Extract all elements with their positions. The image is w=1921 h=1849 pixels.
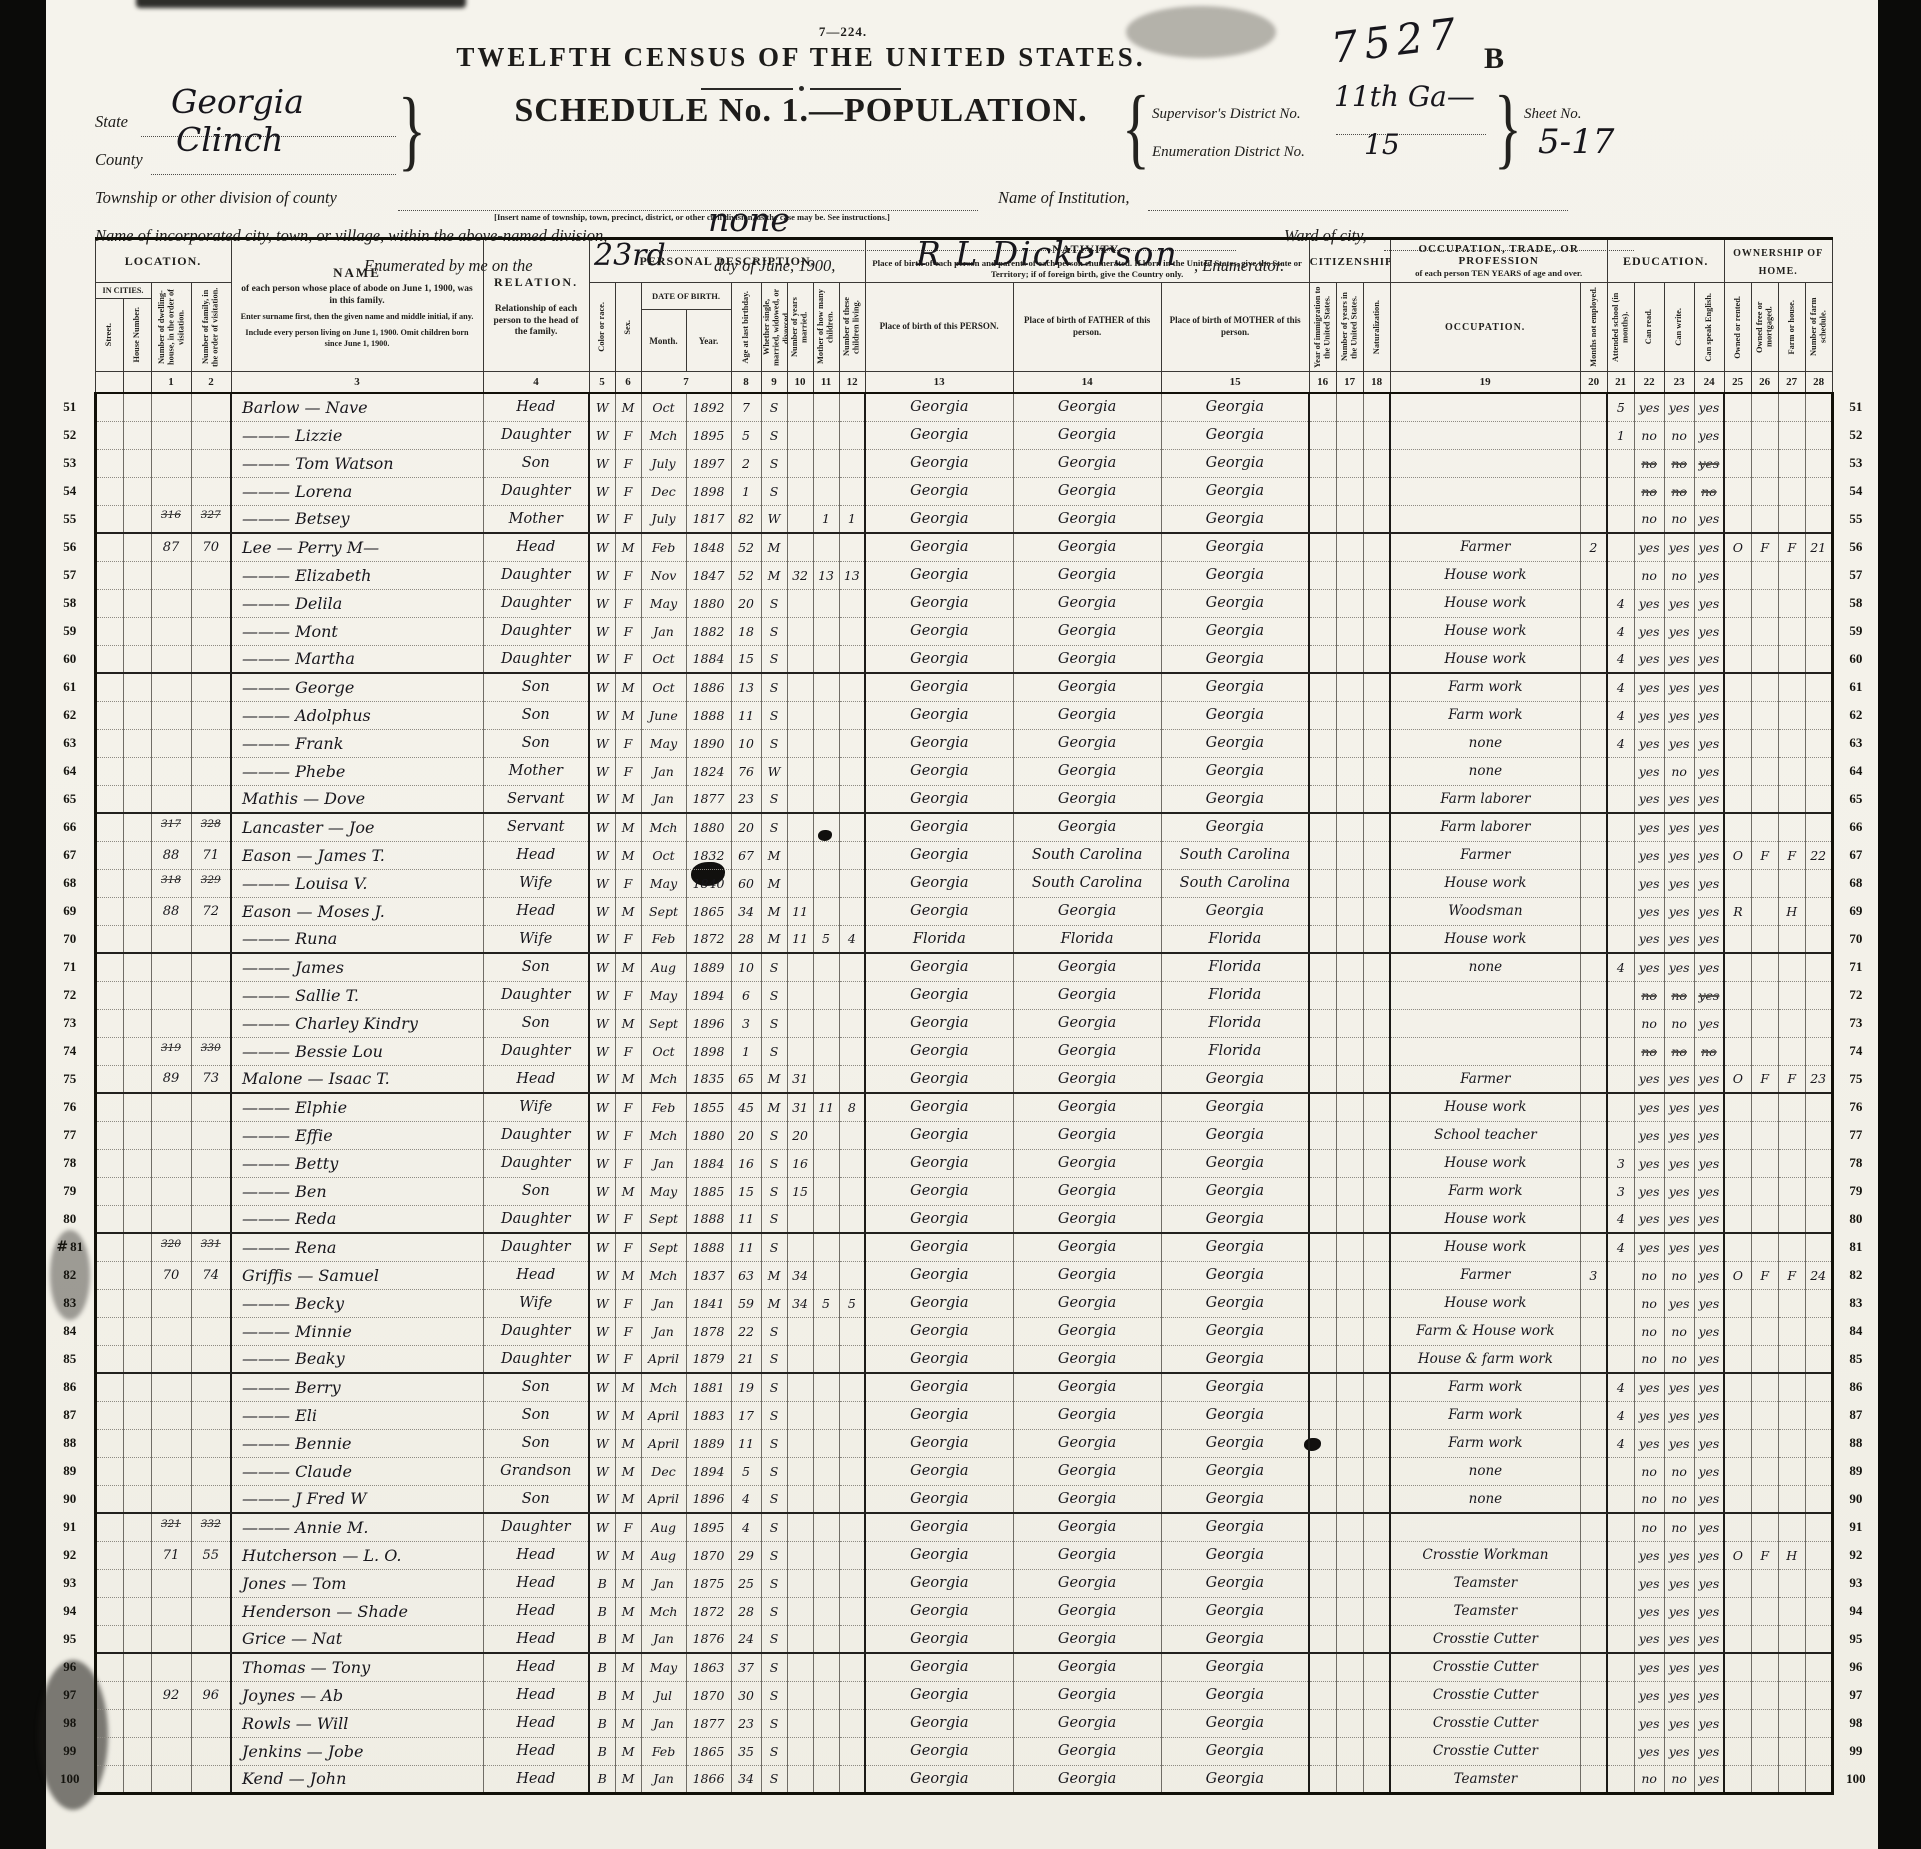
cell-mother-birthplace: Florida [1161,953,1309,981]
cell-relation: Wife [483,869,589,897]
line-number: 51 [1832,393,1878,421]
cell-age: 5 [731,421,761,449]
cell-family-number [191,1737,231,1765]
cell-house-number [123,1401,151,1429]
cell-sex: F [615,421,641,449]
cell-owned-free-mortgaged [1751,1681,1778,1709]
group-name: NAME of each person whose place of abode… [231,239,483,372]
column-number: 9 [761,372,787,394]
cell-mother-of-children [813,1401,839,1429]
cell-birth-month: Sept [641,1233,686,1261]
cell-years-in-us [1336,1597,1363,1625]
cell-marital-status: M [761,1289,787,1317]
column-number [123,372,151,394]
cell-immigration-year [1309,449,1336,477]
table-row: 98Rowls — WillHeadBMJan187723SGeorgiaGeo… [46,1709,1878,1737]
cell-street [95,589,123,617]
cell-immigration-year [1309,589,1336,617]
cell-name: Hutcherson — L. O. [231,1541,483,1569]
cell-birthplace: Georgia [865,1513,1013,1541]
cell-street [95,1289,123,1317]
cell-occupation [1390,449,1580,477]
cell-children-living [839,701,865,729]
cell-name: ——— Reda [231,1205,483,1233]
cell-occupation: Teamster [1390,1569,1580,1597]
cell-farm-schedule [1805,869,1832,897]
col-occupation: OCCUPATION. [1391,322,1580,333]
cell-owned-free-mortgaged [1751,925,1778,953]
cell-relation: Daughter [483,1513,589,1541]
cell-children-living [839,1261,865,1289]
cell-can-write: yes [1664,701,1694,729]
cell-can-speak-english: no [1694,1037,1724,1065]
cell-owned-rented [1724,1289,1751,1317]
cell-mother-birthplace: Georgia [1161,421,1309,449]
cell-can-read: no [1634,1345,1664,1373]
cell-children-living [839,1597,865,1625]
line-number: 52 [1832,421,1878,449]
cell-can-read: yes [1634,1149,1664,1177]
cell-farm-house [1778,1569,1805,1597]
cell-color: W [589,953,615,981]
cell-marital-status: S [761,645,787,673]
cell-birth-month: Feb [641,1093,686,1121]
cell-can-write: no [1664,1513,1694,1541]
cell-marital-status: S [761,729,787,757]
cell-years-married [787,785,813,813]
cell-owned-rented [1724,1037,1751,1065]
cell-father-birthplace: Georgia [1013,981,1161,1009]
cell-immigration-year [1309,897,1336,925]
cell-birth-year: 1888 [686,701,731,729]
cell-marital-status: S [761,617,787,645]
cell-owned-free-mortgaged [1751,729,1778,757]
cell-birthplace: Georgia [865,981,1013,1009]
cell-marital-status: S [761,421,787,449]
cell-name: ——— Lizzie [231,421,483,449]
cell-owned-rented [1724,1765,1751,1793]
cell-name: ——— Sallie T. [231,981,483,1009]
cell-age: 59 [731,1289,761,1317]
table-row: 76——— ElphieWifeWFFeb185545M31118Georgia… [46,1093,1878,1121]
cell-owned-rented [1724,1177,1751,1205]
cell-farm-house [1778,1093,1805,1121]
cell-occupation: Farm work [1390,673,1580,701]
cell-children-living [839,393,865,421]
cell-owned-free-mortgaged [1751,1569,1778,1597]
cell-relation: Head [483,533,589,561]
table-row: 758973Malone — Isaac T.HeadWMMch183565M3… [46,1065,1878,1093]
column-number: 28 [1805,372,1832,394]
cell-marital-status: S [761,1121,787,1149]
cell-mother-birthplace: Georgia [1161,393,1309,421]
cell-can-speak-english: yes [1694,1233,1724,1261]
cell-attended-school: 4 [1607,645,1634,673]
cell-age: 29 [731,1541,761,1569]
cell-owned-rented [1724,1121,1751,1149]
cell-name: ——— Beaky [231,1345,483,1373]
cell-occupation [1390,1037,1580,1065]
cell-name: ——— Runa [231,925,483,953]
cell-dwelling-number [151,449,191,477]
cell-years-in-us [1336,645,1363,673]
cell-farm-schedule: 23 [1805,1065,1832,1093]
cell-can-speak-english: yes [1694,1205,1724,1233]
cell-occupation: none [1390,1485,1580,1513]
cell-attended-school: 3 [1607,1177,1634,1205]
line-number: 75 [1832,1065,1878,1093]
cell-children-living [839,1205,865,1233]
cell-sex: M [615,1373,641,1401]
table-row: 979296Joynes — AbHeadBMJul187030SGeorgia… [46,1681,1878,1709]
cell-birthplace: Georgia [865,1121,1013,1149]
cell-can-read: yes [1634,785,1664,813]
cell-birth-month: Mch [641,1121,686,1149]
cell-name: ——— J Fred W [231,1485,483,1513]
cell-birth-year: 1817 [686,505,731,533]
cell-dwelling-number [151,1205,191,1233]
paper-sheet: 7—224. 7527 B TWELFTH CENSUS OF THE UNIT… [46,0,1878,1849]
cell-owned-rented [1724,477,1751,505]
line-number: 97 [46,1681,95,1709]
cell-color: B [589,1681,615,1709]
cell-farm-house [1778,505,1805,533]
cell-farm-house [1778,925,1805,953]
cell-years-in-us [1336,533,1363,561]
line-number: 96 [46,1653,95,1681]
cell-dwelling-number [151,421,191,449]
cell-name: Jones — Tom [231,1569,483,1597]
cell-years-married [787,729,813,757]
cell-attended-school: 4 [1607,673,1634,701]
col-mother-of-children: Mother of how many children. [816,286,835,368]
cell-years-married [787,617,813,645]
cell-name: Joynes — Ab [231,1681,483,1709]
cell-birthplace: Georgia [865,1765,1013,1793]
cell-birth-year: 1835 [686,1065,731,1093]
cell-birthplace: Georgia [865,1149,1013,1177]
cell-children-living [839,1121,865,1149]
cell-farm-schedule [1805,673,1832,701]
cell-can-speak-english: yes [1694,701,1724,729]
cell-owned-free-mortgaged [1751,617,1778,645]
cell-can-write: yes [1664,1541,1694,1569]
cell-naturalization [1363,1093,1390,1121]
page-letter: B [1484,42,1504,76]
cell-color: W [589,1457,615,1485]
cell-street [95,1569,123,1597]
cell-occupation: Crosstie Cutter [1390,1709,1580,1737]
cell-house-number [123,1373,151,1401]
cell-house-number [123,1597,151,1625]
cell-mother-birthplace: Georgia [1161,1261,1309,1289]
cell-birth-year: 1832 [686,841,731,869]
cell-street [95,813,123,841]
cell-dwelling-number [151,1709,191,1737]
cell-can-read: yes [1634,1121,1664,1149]
cell-attended-school [1607,1261,1634,1289]
cell-marital-status: M [761,869,787,897]
cell-occupation: House work [1390,1289,1580,1317]
cell-house-number [123,981,151,1009]
cell-can-write: no [1664,1485,1694,1513]
state-value: Georgia [171,82,304,121]
cell-name: Jenkins — Jobe [231,1737,483,1765]
line-number: 85 [1832,1345,1878,1373]
schedule-title: SCHEDULE No. 1.—POPULATION. [366,92,1236,130]
cell-occupation: House work [1390,589,1580,617]
cell-father-birthplace: South Carolina [1013,869,1161,897]
cell-family-number: 70 [191,533,231,561]
cell-months-not-employed [1580,1373,1607,1401]
cell-farm-house [1778,757,1805,785]
cell-name: ——— James [231,953,483,981]
line-number: 74 [1832,1037,1878,1065]
cell-owned-rented [1724,449,1751,477]
cell-children-living [839,953,865,981]
cell-naturalization [1363,589,1390,617]
cell-color: W [589,1541,615,1569]
cell-farm-house [1778,645,1805,673]
cell-sex: F [615,1037,641,1065]
cell-birth-year: 1877 [686,785,731,813]
cell-color: W [589,1401,615,1429]
cell-owned-free-mortgaged [1751,393,1778,421]
institution-label: Name of Institution, [998,188,1130,208]
col-years-in-us: Number of years in the United States. [1340,286,1359,368]
cell-birth-month: Jan [641,1569,686,1597]
cell-father-birthplace: Georgia [1013,1009,1161,1037]
cell-owned-free-mortgaged [1751,1485,1778,1513]
cell-sex: M [615,953,641,981]
cell-farm-house [1778,1289,1805,1317]
cell-father-birthplace: Georgia [1013,785,1161,813]
cell-street [95,701,123,729]
cell-can-write: yes [1664,393,1694,421]
cell-color: W [589,1149,615,1177]
cell-farm-schedule [1805,561,1832,589]
cell-dwelling-number [151,1737,191,1765]
cell-sex: F [615,589,641,617]
cell-relation: Son [483,449,589,477]
cell-father-birthplace: Georgia [1013,1065,1161,1093]
cell-naturalization [1363,1317,1390,1345]
cell-sex: F [615,981,641,1009]
cell-years-in-us [1336,1149,1363,1177]
cell-dwelling-number: 321 [151,1513,191,1541]
cell-color: W [589,813,615,841]
cell-family-number: 72 [191,897,231,925]
cell-age: 67 [731,841,761,869]
cell-birthplace: Georgia [865,813,1013,841]
cell-owned-rented: O [1724,1541,1751,1569]
cell-naturalization [1363,757,1390,785]
line-number: 87 [46,1401,95,1429]
cell-immigration-year [1309,1177,1336,1205]
cell-can-read: yes [1634,729,1664,757]
cell-farm-house [1778,729,1805,757]
cell-years-in-us [1336,1401,1363,1429]
cell-farm-schedule [1805,729,1832,757]
cell-family-number: 330 [191,1037,231,1065]
cell-sex: M [615,1653,641,1681]
cell-house-number [123,1653,151,1681]
cell-house-number [123,1065,151,1093]
cell-relation: Daughter [483,589,589,617]
cell-mother-birthplace: Georgia [1161,1569,1309,1597]
cell-immigration-year [1309,561,1336,589]
cell-dwelling-number: 321 [161,1518,181,1530]
cell-children-living [839,673,865,701]
cell-street [95,505,123,533]
cell-years-in-us [1336,505,1363,533]
line-number: 63 [1832,729,1878,757]
cell-mother-of-children [813,1233,839,1261]
cell-owned-free-mortgaged [1751,1457,1778,1485]
cell-birth-year: 1895 [686,421,731,449]
cell-name: Grice — Nat [231,1625,483,1653]
cell-color: W [589,869,615,897]
cell-farm-schedule [1805,1037,1832,1065]
cell-mother-of-children [813,1037,839,1065]
cell-years-in-us [1336,617,1363,645]
cell-color: W [589,1093,615,1121]
cell-sex: M [615,533,641,561]
cell-years-married [787,869,813,897]
cell-immigration-year [1309,1709,1336,1737]
cell-family-number [191,1485,231,1513]
cell-attended-school [1607,1597,1634,1625]
cell-father-birthplace: Georgia [1013,1121,1161,1149]
cell-farm-schedule [1805,645,1832,673]
census-table: LOCATION. NAME of each person whose plac… [46,237,1878,1795]
cell-relation: Daughter [483,477,589,505]
cell-owned-rented [1724,1093,1751,1121]
cell-children-living: 5 [839,1289,865,1317]
cell-family-number [191,1289,231,1317]
cell-father-birthplace: Georgia [1013,477,1161,505]
cell-naturalization [1363,925,1390,953]
line-number: 80 [46,1205,95,1233]
cell-house-number [123,1149,151,1177]
cell-can-read: no [1634,981,1664,1009]
cell-can-read: no [1634,505,1664,533]
cell-house-number [123,813,151,841]
cell-can-write: no [1664,981,1694,1009]
cell-color: W [589,1205,615,1233]
cell-sex: M [615,1429,641,1457]
line-number: 58 [1832,589,1878,617]
cell-farm-house [1778,1345,1805,1373]
cell-owned-free-mortgaged [1751,1429,1778,1457]
cell-farm-house [1778,1765,1805,1793]
cell-mother-birthplace: Georgia [1161,785,1309,813]
cell-relation: Head [483,1569,589,1597]
table-row: 94Henderson — ShadeHeadBMMch187228SGeorg… [46,1597,1878,1625]
cell-mother-birthplace: Georgia [1161,1625,1309,1653]
col-street: Street. [104,323,114,346]
cell-immigration-year [1309,1065,1336,1093]
cell-birthplace: Georgia [865,1289,1013,1317]
line-number: 90 [46,1485,95,1513]
cell-family-number [191,1765,231,1793]
cell-farm-house [1778,869,1805,897]
cell-occupation: House work [1390,1205,1580,1233]
cell-years-in-us [1336,421,1363,449]
cell-can-read: no [1634,477,1664,505]
state-label: State [95,112,128,132]
line-number: 59 [46,617,95,645]
col-age: Age at last birthday. [741,291,751,364]
cell-birthplace: Georgia [865,1653,1013,1681]
cell-sex: F [615,869,641,897]
cell-street [95,1317,123,1345]
cell-can-read: yes [1634,617,1664,645]
cell-relation: Head [483,841,589,869]
cell-years-in-us [1336,1653,1363,1681]
cell-mother-birthplace: Georgia [1161,1513,1309,1541]
cell-mother-of-children: 1 [813,505,839,533]
cell-marital-status: S [761,449,787,477]
cell-street [95,477,123,505]
cell-years-married [787,1037,813,1065]
cell-years-in-us [1336,953,1363,981]
cell-can-write: no [1664,1345,1694,1373]
cell-relation: Daughter [483,1149,589,1177]
cell-attended-school [1607,1093,1634,1121]
cell-immigration-year [1309,785,1336,813]
line-number: 66 [1832,813,1878,841]
cell-can-write: yes [1664,1597,1694,1625]
cell-months-not-employed [1580,757,1607,785]
line-number: 94 [46,1597,95,1625]
cell-house-number [123,589,151,617]
cell-color: W [589,1121,615,1149]
cell-years-married [787,757,813,785]
cell-family-number [191,1149,231,1177]
cell-dwelling-number: 87 [151,533,191,561]
cell-marital-status: M [761,1261,787,1289]
cell-owned-free-mortgaged: F [1751,841,1778,869]
cell-years-married [787,1513,813,1541]
cell-sex: M [615,785,641,813]
cell-months-not-employed [1580,1653,1607,1681]
cell-owned-free-mortgaged [1751,785,1778,813]
cell-months-not-employed: 3 [1580,1261,1607,1289]
cell-birth-month: May [641,981,686,1009]
line-number: 76 [1832,1093,1878,1121]
cell-years-in-us [1336,1121,1363,1149]
cell-naturalization [1363,1681,1390,1709]
cell-mother-birthplace: Georgia [1161,1373,1309,1401]
cell-mother-of-children [813,1177,839,1205]
cell-name: ——— Effie [231,1121,483,1149]
cell-relation: Head [483,1065,589,1093]
cell-name: ——— Annie M. [231,1513,483,1541]
enumeration-value: 15 [1364,128,1400,161]
cell-attended-school [1607,533,1634,561]
cell-farm-house [1778,1177,1805,1205]
cell-relation: Daughter [483,1317,589,1345]
cell-farm-house [1778,1149,1805,1177]
cell-mother-birthplace: Georgia [1161,1177,1309,1205]
cell-can-speak-english: yes [1694,1513,1724,1541]
cell-dwelling-number: 92 [151,1681,191,1709]
cell-farm-schedule [1805,477,1832,505]
cell-occupation: Farm work [1390,1373,1580,1401]
cell-sex: M [615,1541,641,1569]
cell-occupation: Farmer [1390,1065,1580,1093]
